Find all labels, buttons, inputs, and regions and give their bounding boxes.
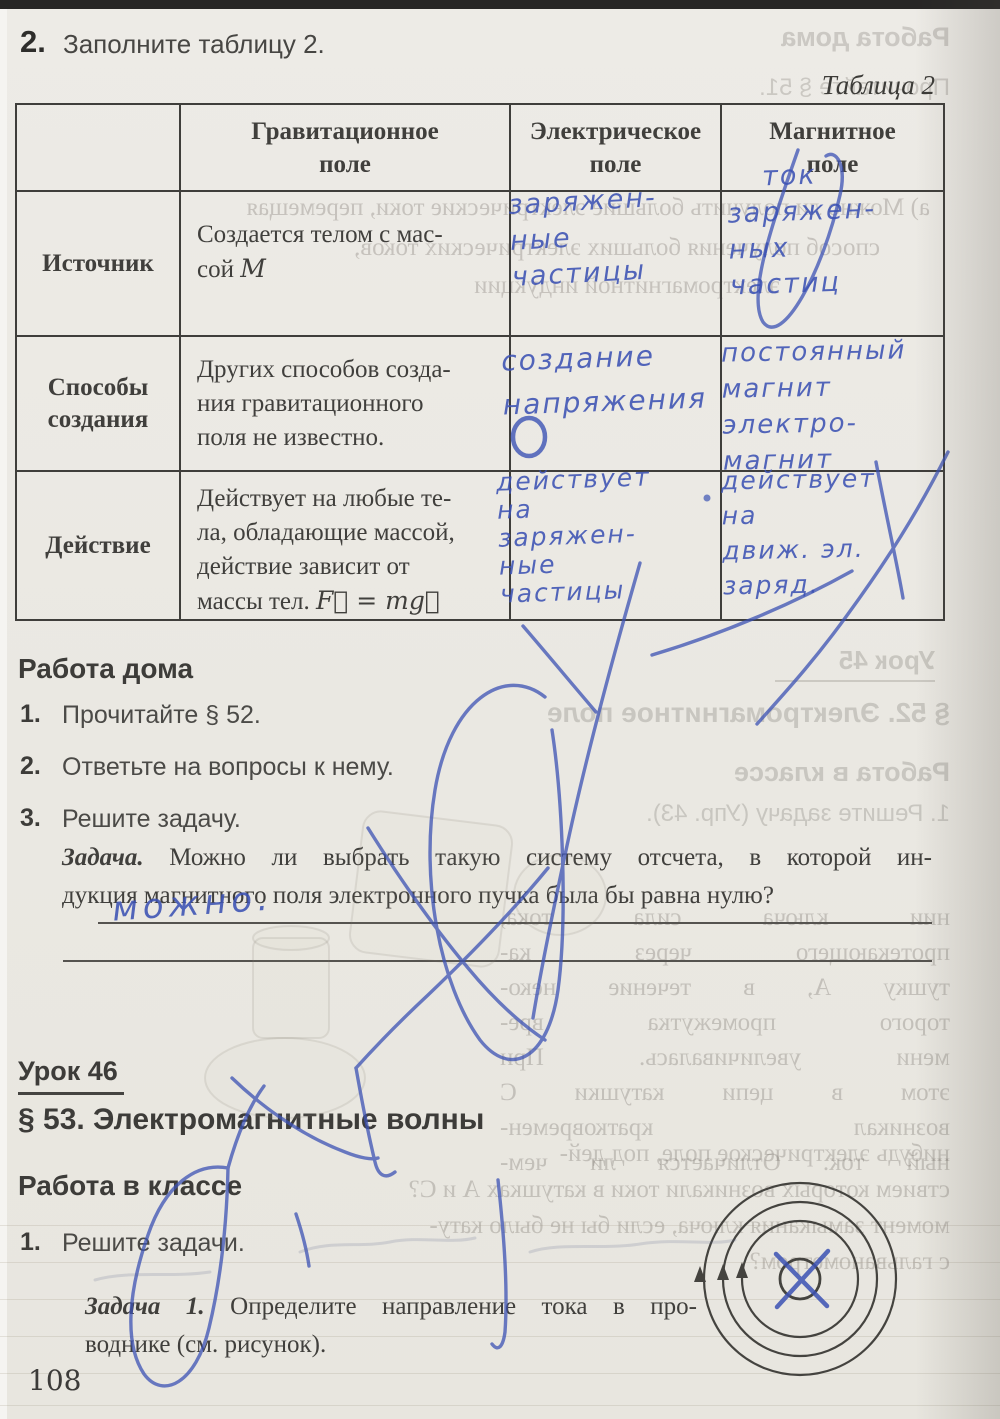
problem-text-1: Можно ли выбрать такую систему отсчета, …: [169, 844, 932, 871]
classwork-title: Работа в классе: [18, 1170, 242, 1202]
handwriting-source-electric: заряжен- ные частицы: [507, 180, 661, 296]
workbook-page: Работа дома Прочитайте § 51. а) Можно ли…: [0, 0, 1000, 1419]
ghost-lesson-45: Урок 45: [775, 645, 935, 682]
ruled-line: [0, 1405, 1000, 1406]
ghost-section-52: § 52. Электромагнитное поле: [548, 697, 950, 729]
scan-top-edge: [0, 0, 1000, 9]
ghost-bottom-line-1: нибудь электрическое поле, под дей-: [185, 1140, 950, 1168]
task1-text-1: Определите направление тока в про-: [230, 1293, 697, 1320]
table-corner-cell: [16, 104, 180, 191]
task1-line-1: Задача 1. Определите направление тока в …: [85, 1288, 697, 1326]
scan-gutter-shadow: [915, 0, 1000, 1419]
col-header-grav-label: Гравитационное поле: [181, 115, 509, 181]
cell-create-grav: Других способов созда- ния гравитационно…: [180, 336, 510, 471]
page-number: 108: [28, 1364, 81, 1397]
homework-item-2-text: Ответьте на вопросы к нему.: [62, 753, 394, 782]
gravity-force-formula: F⃗ = mg⃗: [316, 586, 440, 615]
handwriting-answer-mozhno: можно.: [111, 880, 274, 927]
row-header-action: Действие: [16, 471, 180, 620]
handwriting-create-magnetic: постоянный магнит электро- магнит: [721, 332, 909, 479]
source-grav-text: Создается телом с мас- сой: [197, 221, 443, 283]
classwork-item-1-text: Решите задачи.: [62, 1229, 245, 1258]
task-title: Заполните таблицу 2.: [63, 29, 325, 60]
ruled-line: [0, 1373, 1000, 1374]
homework-item-3-number: 3.: [20, 804, 41, 833]
table-caption: Таблица 2: [0, 70, 935, 101]
homework-item-3-text: Решите задачу.: [62, 805, 241, 834]
cell-action-grav: Действует на любые те- ла, обладающие ма…: [180, 471, 510, 620]
ghost-classwork-item: 1. Решите задачу (Упр. 43).: [560, 800, 950, 828]
handwriting-action-electric: действует на заряжен- ные частицы: [496, 463, 655, 608]
row-header-create: Способы создания: [16, 336, 180, 471]
answer-line-2: [63, 960, 932, 962]
col-header-elec: Электрическое поле: [510, 104, 721, 191]
mass-symbol: M: [240, 254, 266, 283]
homework-item-2-number: 2.: [20, 752, 41, 781]
handwriting-source-magnetic: ток заряжен- ных частиц: [726, 155, 880, 304]
section-53-title: § 53. Электромагнитные волны: [18, 1103, 484, 1137]
handwriting-action-magnetic: действует на движ. эл. заряд.: [721, 461, 878, 604]
ghost-homework-title: Работа дома: [700, 22, 950, 53]
task1-line-2: воднике (см. рисунок).: [85, 1326, 326, 1364]
lesson-46-label: Урок 46: [18, 1056, 124, 1095]
problem-line-1: Задача. Можно ли выбрать такую систему о…: [62, 839, 932, 877]
classwork-item-1-number: 1.: [20, 1228, 41, 1257]
answer-line-1: [98, 922, 932, 924]
homework-item-1-text: Прочитайте § 52.: [62, 701, 261, 730]
task1-label: Задача 1.: [85, 1293, 205, 1320]
ghost-classwork-title: Работа в классе: [695, 757, 950, 788]
row-header-source: Источник: [16, 191, 180, 336]
handwriting-create-electric: создание напряжения: [501, 332, 708, 427]
problem-label: Задача.: [62, 844, 144, 871]
create-grav-text: Других способов созда- ния гравитационно…: [181, 337, 509, 455]
row-header-create-label: Способы создания: [17, 372, 179, 436]
ruled-line: [0, 1262, 1000, 1263]
ruled-line: [0, 1225, 1000, 1226]
col-header-elec-label: Электрическое поле: [511, 115, 720, 181]
row-header-source-label: Источник: [17, 248, 179, 280]
cell-source-grav: Создается телом с мас- сой M: [180, 191, 510, 336]
col-header-grav: Гравитационное поле: [180, 104, 510, 191]
homework-item-1-number: 1.: [20, 700, 41, 729]
scan-left-edge: [0, 9, 7, 1419]
row-header-action-label: Действие: [17, 530, 179, 562]
task-number: 2.: [20, 24, 46, 60]
ghost-column-paragraph: нии ключа сила тока, протекающего через …: [500, 900, 950, 1180]
homework-title: Работа дома: [18, 653, 193, 685]
